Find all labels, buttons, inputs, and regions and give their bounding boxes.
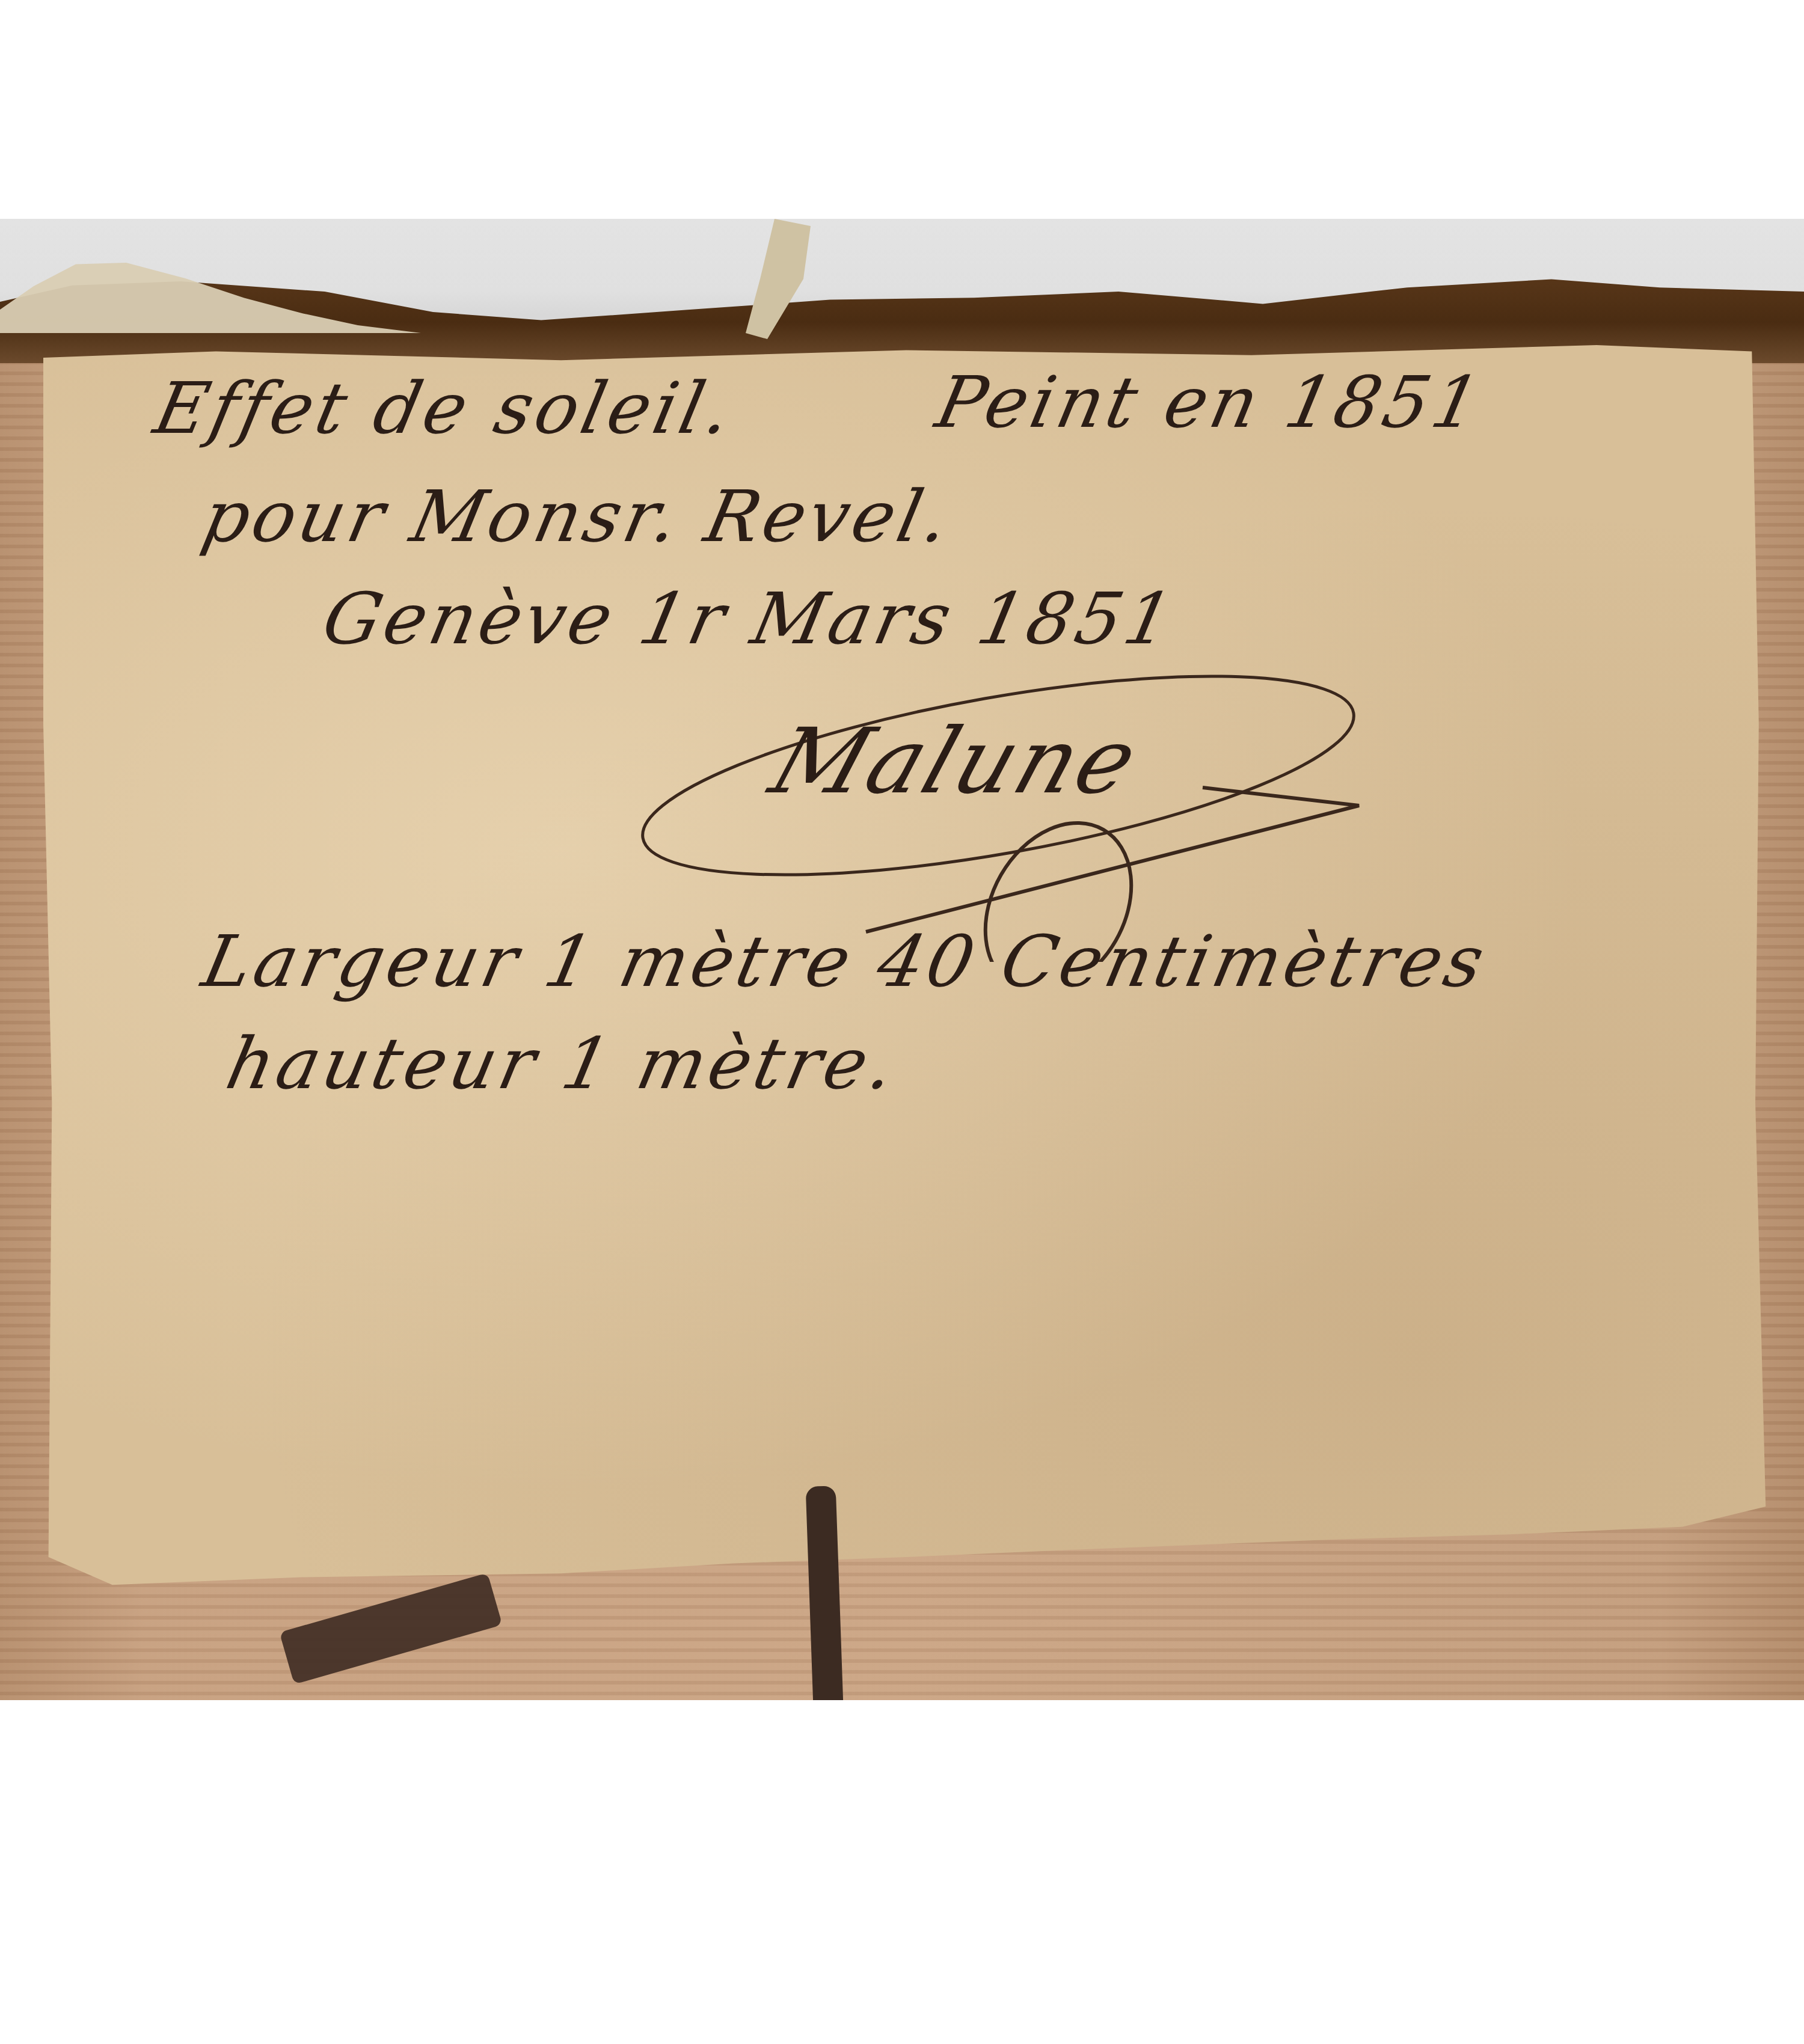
photograph [0, 219, 1804, 1700]
paper-label [43, 345, 1769, 1608]
